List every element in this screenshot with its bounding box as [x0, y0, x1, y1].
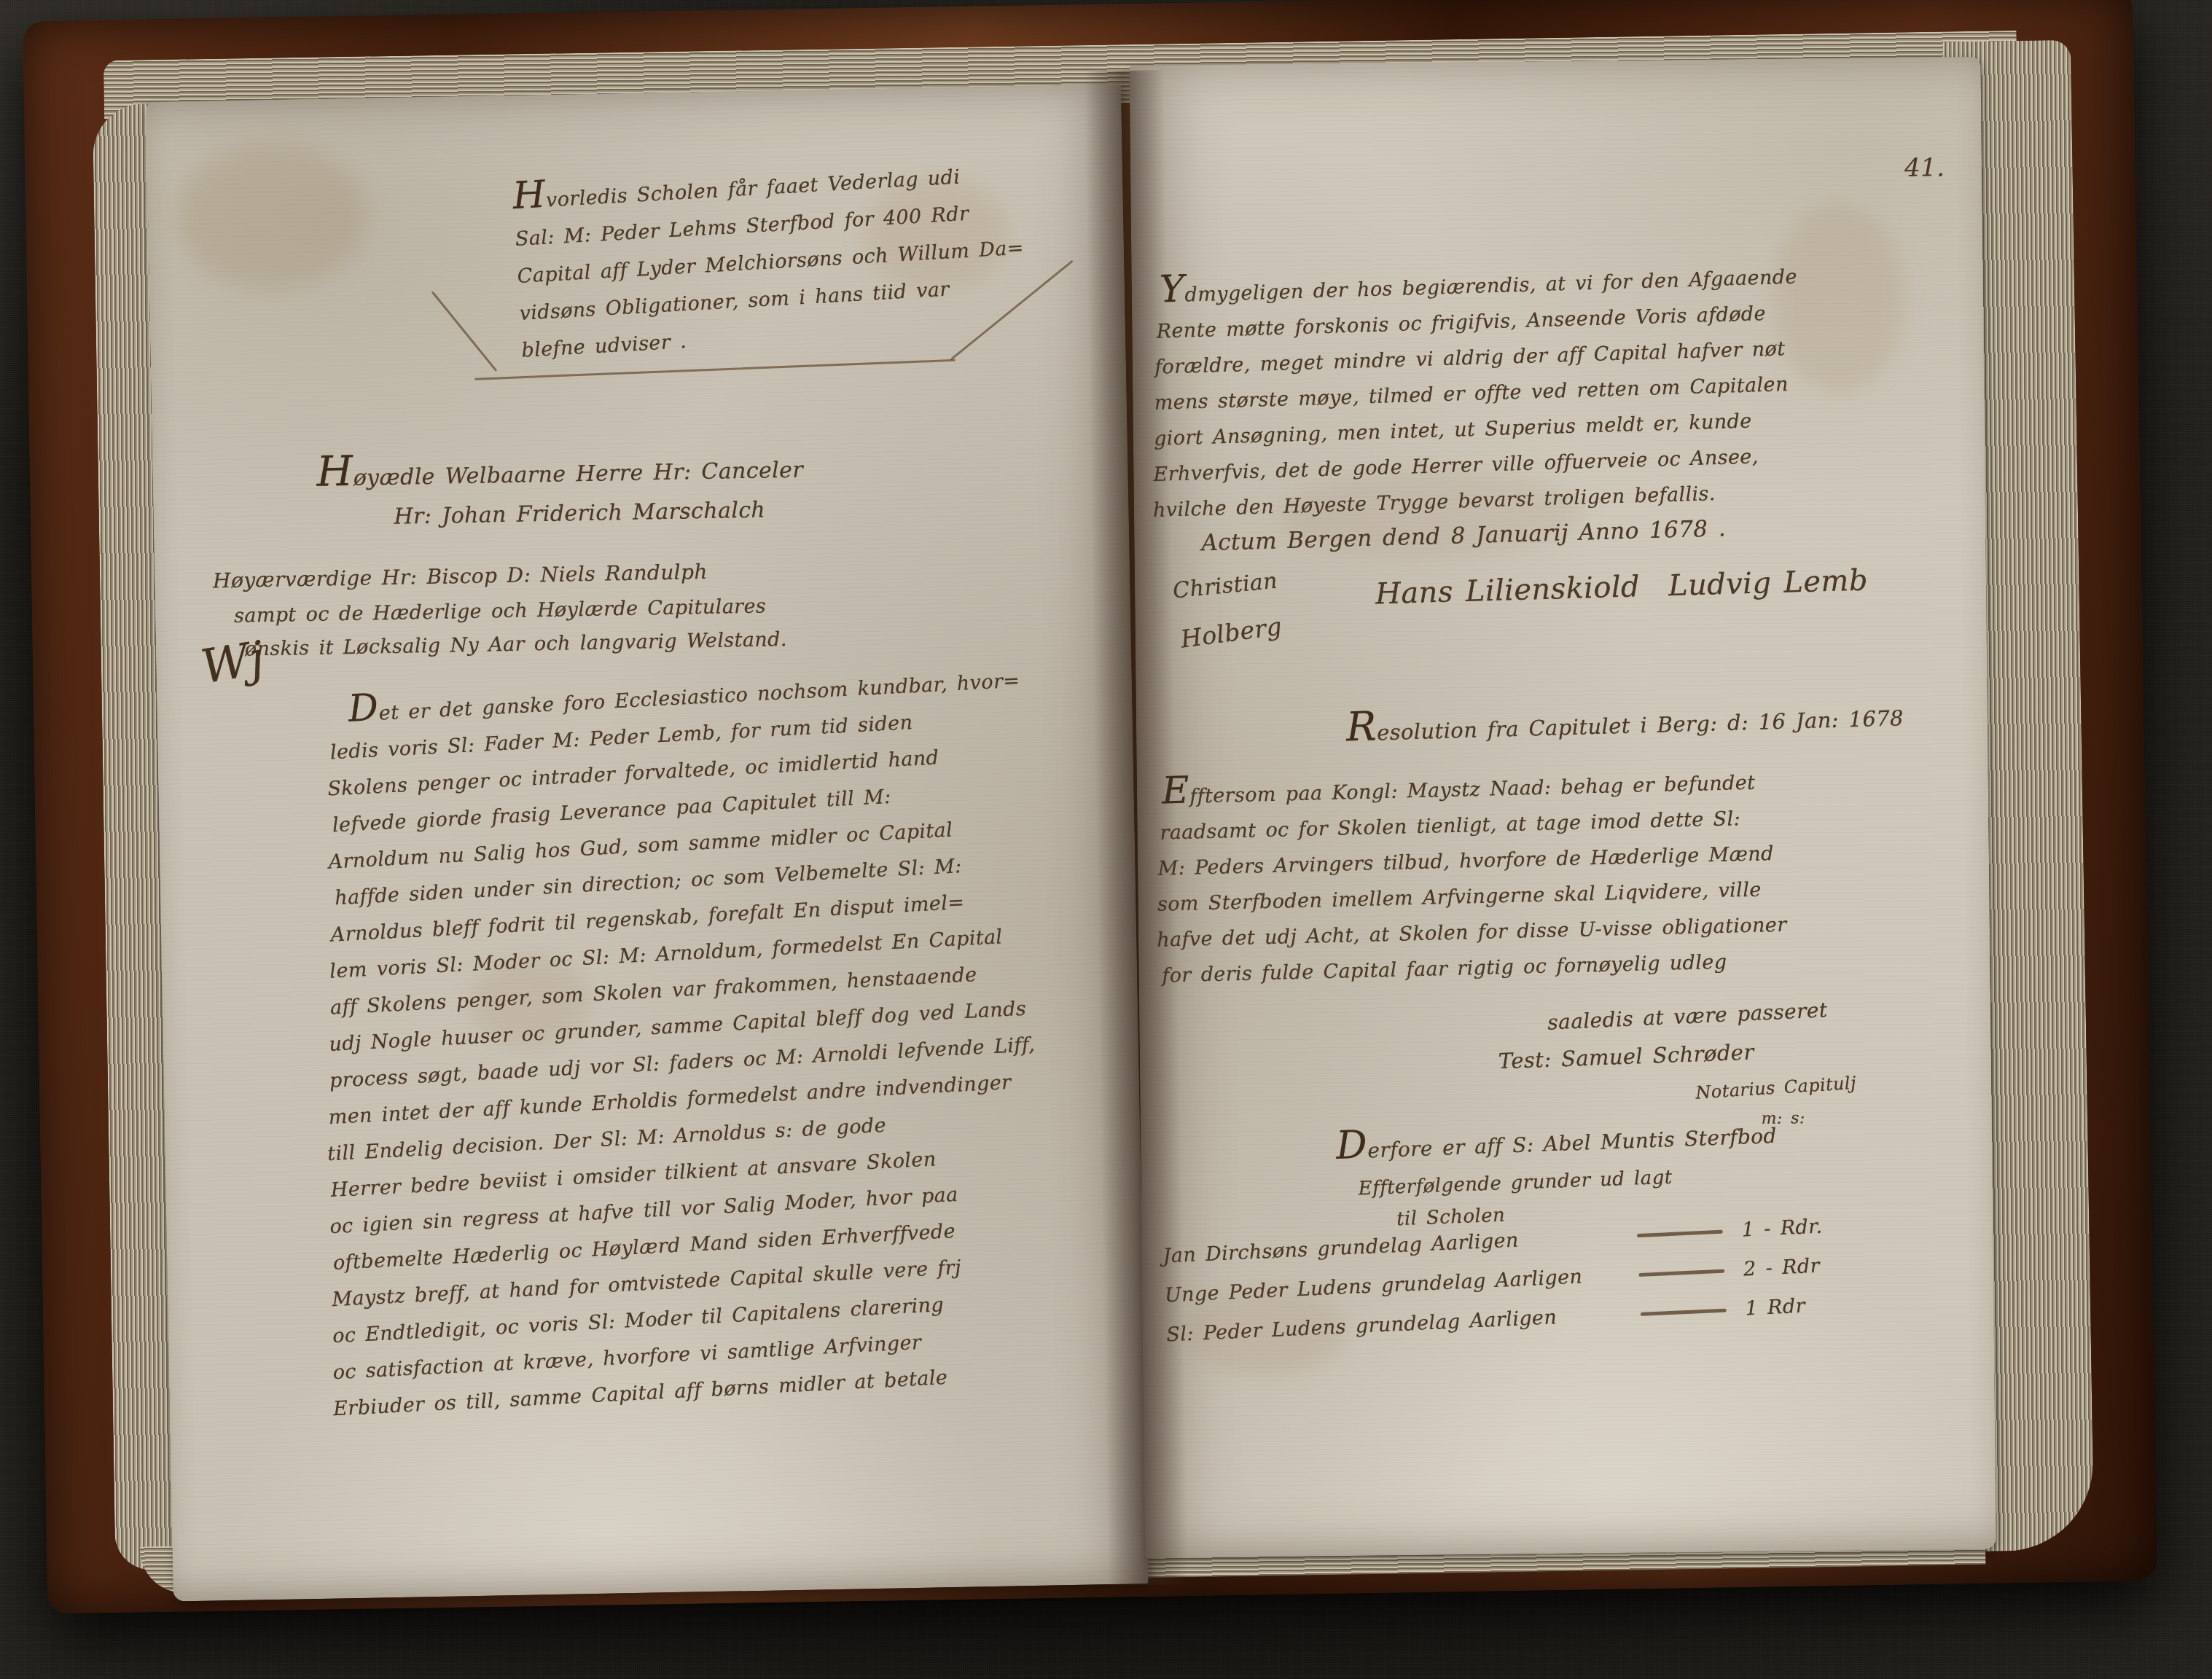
- signature-holberg: Holberg: [1179, 612, 1283, 654]
- closing-passed-line: saaledis at være passeret: [1547, 998, 1829, 1034]
- right-page-petition: Ydmygeligen der hos begiærendis, at vi f…: [1160, 254, 1976, 528]
- folio-number: 41.: [1904, 153, 1945, 183]
- salutation-line: ønskis it Løcksalig Ny Aar och langvarig…: [245, 628, 787, 661]
- cartouche-left-stroke: [431, 291, 498, 372]
- signature-christian: Christian: [1172, 568, 1279, 604]
- row-spacer: [1519, 1241, 1630, 1246]
- right-manuscript-page: 41. Ydmygeligen der hos begiærendis, at …: [1130, 57, 1996, 1558]
- closing-attest-line: Test: Samuel Schrøder: [1498, 1040, 1754, 1074]
- left-page-body: Det er det ganske foro Ecclesiastico noc…: [348, 657, 1157, 1425]
- salutation-line: Hr: Johan Friderich Marschalch: [394, 498, 765, 530]
- signature-hans-lilienskiold: Hans Lilienskiold: [1375, 570, 1641, 611]
- resolution-heading: Resolution fra Capitulet i Berg: d: 16 J…: [1346, 700, 1904, 745]
- notary-title: Notarius Capitulj: [1695, 1073, 1857, 1103]
- salutation-line: Høyædle Welbaarne Herre Hr: Canceler: [316, 451, 803, 492]
- allocation-amount: 1 Rdr: [1744, 1284, 1869, 1329]
- resolution-body: Efftersom paa Kongl: Maystz Naad: behag …: [1162, 759, 1976, 993]
- paper-stain: [176, 141, 368, 291]
- row-spacer: [1557, 1320, 1633, 1323]
- allocation-heading-line: Effterfølgende grunder ud lagt: [1358, 1167, 1673, 1200]
- allocation-amount: 1 - Rdr.: [1741, 1205, 1867, 1251]
- book-leather-cover: Hvorledis Scholen får faaet Vederlag udi…: [23, 0, 2157, 1614]
- ledger-dash-line: [1638, 1269, 1724, 1276]
- salutation-line: Høyærværdige Hr: Biscop D: Niels Randulp…: [213, 560, 708, 592]
- ledger-dash-line: [1637, 1229, 1723, 1237]
- allocation-heading-line: Derfore er aff S: Abel Muntis Sterfbod: [1335, 1119, 1777, 1164]
- ledger-dash-line: [1641, 1308, 1727, 1315]
- photograph-of-open-manuscript-book: Hvorledis Scholen får faaet Vederlag udi…: [0, 0, 2212, 1679]
- signature-right-group: Hans Lilienskiold Ludvig Lemb: [1375, 564, 1869, 611]
- allocation-ledger: Jan Dirchsøns grundelag Aarligen 1 - Rdr…: [1162, 1205, 1869, 1355]
- salutation-line: sampt oc de Hæderlige och Høylærde Capit…: [234, 595, 767, 627]
- allocation-amount: 2 - Rdr: [1743, 1245, 1868, 1290]
- margin-note-block: Hvorledis Scholen får faaet Vederlag udi…: [512, 155, 1029, 369]
- opening-initial: Wj: [198, 632, 268, 695]
- row-spacer: [1583, 1280, 1632, 1283]
- signature-ludvig-lemb: Ludvig Lemb: [1668, 564, 1868, 603]
- left-manuscript-page: Hvorledis Scholen får faaet Vederlag udi…: [146, 84, 1148, 1601]
